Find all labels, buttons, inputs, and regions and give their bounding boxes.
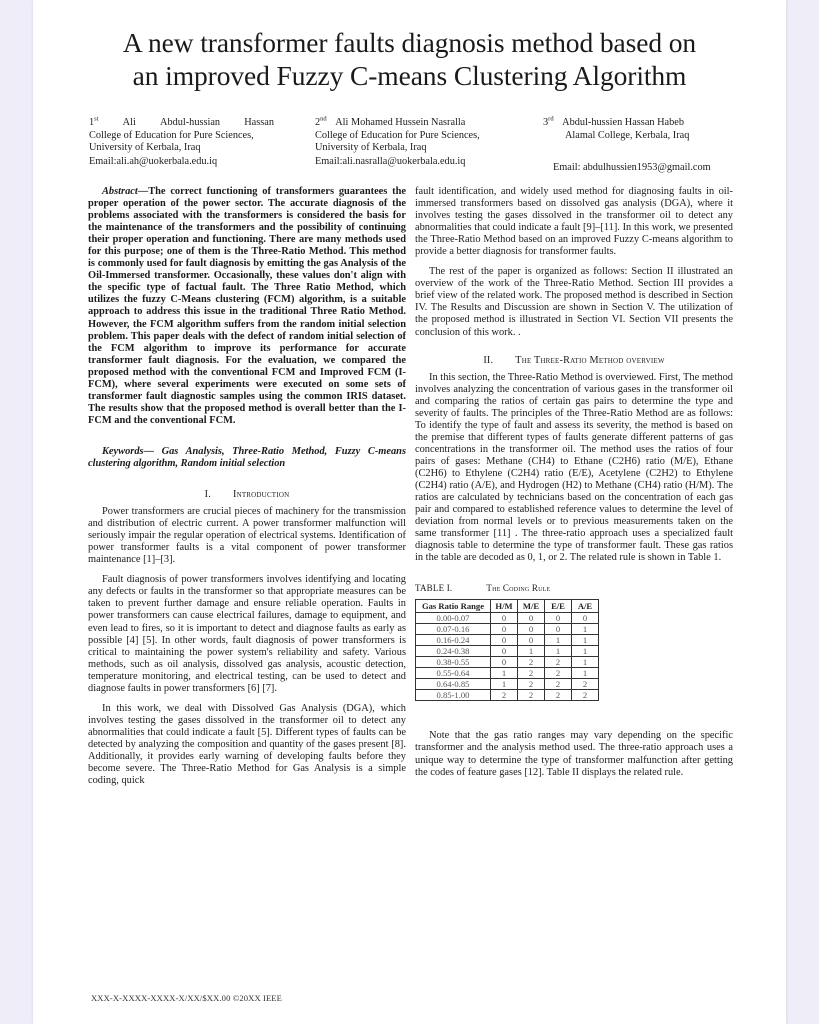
author-3-name: Abdul-hussien Hassan Habeb: [562, 117, 684, 128]
table-cell: 2: [518, 668, 545, 679]
abstract-label: Abstract: [102, 186, 138, 197]
table-cell: 1: [491, 668, 518, 679]
author-3-email: Email: abdulhussien1953@gmail.com: [553, 162, 711, 175]
table-cell: 2: [545, 657, 572, 668]
table-cell: 0: [545, 613, 572, 624]
keywords: Keywords— Gas Analysis, Three-Ratio Meth…: [88, 446, 406, 470]
table-cell: 0: [572, 613, 599, 624]
table-cell: 1: [572, 668, 599, 679]
section-2-title: The Three-Ratio Method overview: [515, 355, 664, 366]
right-column: fault identification, and widely used me…: [415, 186, 733, 779]
table-row: 0.85-1.002222: [416, 690, 599, 701]
table-row: 0.38-0.550221: [416, 657, 599, 668]
table-1-label: TABLE I.: [415, 583, 452, 593]
section-2-paragraph-1: In this section, the Three-Ratio Method …: [415, 372, 733, 565]
table-header-row: Gas Ratio Range H/M M/E E/E A/E: [416, 600, 599, 613]
author-1-middle-name: Abdul-hussian: [160, 117, 220, 130]
table-cell: 1: [545, 646, 572, 657]
author-1-email: Email:ali.ah@uokerbala.edu.iq: [89, 156, 274, 169]
table-cell: 0.16-0.24: [416, 635, 491, 646]
table-cell: 0: [491, 646, 518, 657]
intro-paragraph-1: Power transformers are crucial pieces of…: [88, 506, 406, 566]
author-2-affiliation-1: College of Education for Pure Sciences,: [315, 130, 515, 143]
section-1-number: I.: [205, 489, 211, 500]
table-cell: 1: [572, 657, 599, 668]
table-row: 0.07-0.160001: [416, 624, 599, 635]
table-cell: 2: [518, 690, 545, 701]
author-3-ordinal-sup: rd: [548, 116, 553, 123]
author-1-first-name: Ali: [123, 117, 136, 130]
table-cell: 1: [545, 635, 572, 646]
table-header-ee: E/E: [545, 600, 572, 613]
author-2-name-row: 2nd Ali Mohamed Hussein Nasralla: [315, 117, 515, 130]
abstract: Abstract—The correct functioning of tran…: [88, 186, 406, 427]
table-cell: 0.64-0.85: [416, 679, 491, 690]
author-1: 1st Ali Abdul-hussian Hassan College of …: [89, 117, 274, 168]
author-3: 3rd Abdul-hussien Hassan Habeb Alamal Co…: [543, 117, 743, 142]
intro-paragraph-3: In this work, we deal with Dissolved Gas…: [88, 703, 406, 787]
author-1-last-name: Hassan: [244, 117, 274, 130]
author-1-affiliation-2: University of Kerbala, Iraq: [89, 142, 274, 155]
table-cell: 1: [572, 646, 599, 657]
table-cell: 1: [491, 679, 518, 690]
author-3-name-row: 3rd Abdul-hussien Hassan Habeb: [543, 117, 743, 130]
author-2-name: Ali Mohamed Hussein Nasralla: [335, 117, 465, 128]
section-1-title: Introduction: [233, 489, 289, 500]
table-cell: 2: [545, 668, 572, 679]
table-cell: 0.55-0.64: [416, 668, 491, 679]
keywords-label: Keywords: [102, 446, 144, 457]
paper-page: A new transformer faults diagnosis metho…: [33, 0, 786, 1024]
table-row: 0.64-0.851222: [416, 679, 599, 690]
section-2-heading: II.The Three-Ratio Method overview: [415, 355, 733, 367]
table-cell: 0: [491, 624, 518, 635]
table-1-caption: TABLE I.The Coding Rule: [415, 582, 733, 594]
table-row: 0.24-0.380111: [416, 646, 599, 657]
section-2-number: II.: [483, 355, 493, 366]
title-line-1: A new transformer faults diagnosis metho…: [33, 26, 786, 59]
table-cell: 2: [518, 657, 545, 668]
author-2-ordinal-sup: nd: [320, 116, 327, 123]
title-line-2: an improved Fuzzy C-means Clustering Alg…: [33, 59, 786, 92]
author-1-name: 1st Ali Abdul-hussian Hassan: [89, 117, 274, 130]
table-cell: 0.85-1.00: [416, 690, 491, 701]
author-1-affiliation-1: College of Education for Pure Sciences,: [89, 130, 274, 143]
table-header-gas-ratio-range: Gas Ratio Range: [416, 600, 491, 613]
left-column: Abstract—The correct functioning of tran…: [88, 186, 406, 787]
table-cell: 2: [572, 690, 599, 701]
author-2-email: Email:ali.nasralla@uokerbala.edu.iq: [315, 156, 515, 169]
table-cell: 0: [491, 635, 518, 646]
table-cell: 0.38-0.55: [416, 657, 491, 668]
table-1-title: The Coding Rule: [486, 583, 550, 593]
table-cell: 1: [572, 624, 599, 635]
section-2-paragraph-2: Note that the gas ratio ranges may vary …: [415, 730, 733, 778]
intro-paragraph-4: The rest of the paper is organized as fo…: [415, 266, 733, 338]
table-cell: 0: [545, 624, 572, 635]
table-cell: 2: [545, 679, 572, 690]
table-row: 0.55-0.641221: [416, 668, 599, 679]
paper-title: A new transformer faults diagnosis metho…: [33, 26, 786, 92]
intro-paragraph-2: Fault diagnosis of power transformers in…: [88, 574, 406, 694]
author-3-affiliation: Alamal College, Kerbala, Iraq: [543, 130, 743, 143]
copyright-footer: XXX-X-XXXX-XXXX-X/XX/$XX.00 ©20XX IEEE: [91, 993, 282, 1003]
coding-rule-table: Gas Ratio Range H/M M/E E/E A/E 0.00-0.0…: [415, 599, 599, 701]
table-cell: 0: [518, 635, 545, 646]
table-cell: 2: [491, 690, 518, 701]
table-cell: 0.07-0.16: [416, 624, 491, 635]
table-cell: 2: [545, 690, 572, 701]
author-2-affiliation-2: University of Kerbala, Iraq: [315, 142, 515, 155]
table-header-hm: H/M: [491, 600, 518, 613]
table-header-me: M/E: [518, 600, 545, 613]
table-cell: 0: [518, 624, 545, 635]
table-cell: 2: [572, 679, 599, 690]
table-cell: 0: [491, 613, 518, 624]
abstract-text: The correct functioning of transformers …: [88, 186, 406, 426]
table-cell: 1: [518, 646, 545, 657]
author-1-ordinal-sup: st: [94, 116, 98, 123]
table-row: 0.16-0.240011: [416, 635, 599, 646]
intro-paragraph-3-continued: fault identification, and widely used me…: [415, 186, 733, 258]
table-cell: 0: [491, 657, 518, 668]
table-cell: 0.00-0.07: [416, 613, 491, 624]
section-1-heading: I.Introduction: [88, 489, 406, 501]
table-cell: 0.24-0.38: [416, 646, 491, 657]
table-cell: 0: [518, 613, 545, 624]
table-row: 0.00-0.070000: [416, 613, 599, 624]
author-2: 2nd Ali Mohamed Hussein Nasralla College…: [315, 117, 515, 168]
table-cell: 1: [572, 635, 599, 646]
abstract-dash: —: [138, 186, 148, 197]
table-cell: 2: [518, 679, 545, 690]
table-header-ae: A/E: [572, 600, 599, 613]
